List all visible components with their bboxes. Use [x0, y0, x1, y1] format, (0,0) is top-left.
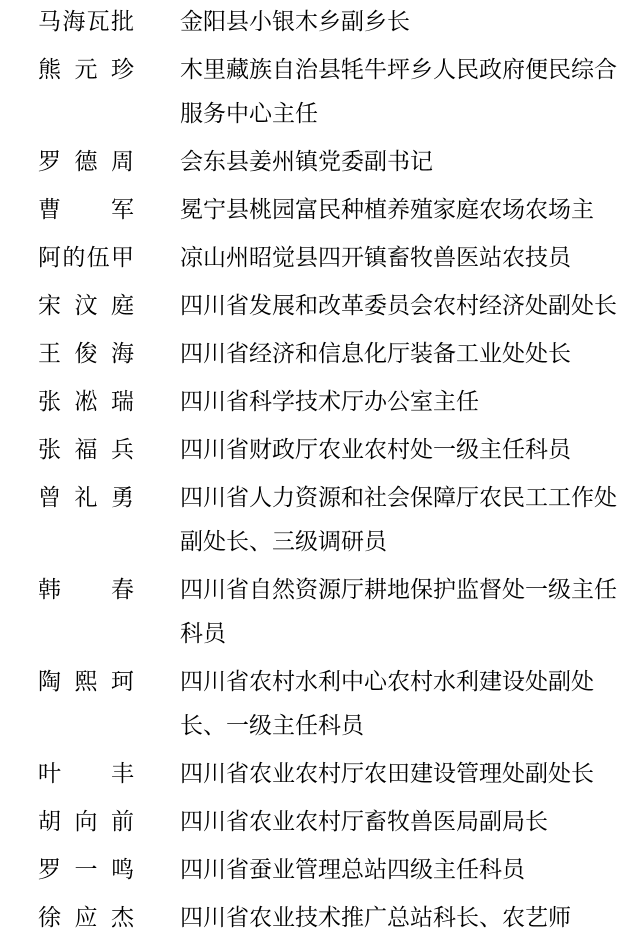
- person-position: 四川省农业农村厅畜牧兽医局副局长: [180, 800, 625, 844]
- list-item: 叶 丰 四川省农业农村厅农田建设管理处副处长: [0, 752, 640, 796]
- list-item: 熊元珍 木里藏族自治县牦牛坪乡人民政府便民综合服务中心主任: [0, 48, 640, 136]
- person-name: 曾礼勇: [38, 476, 134, 520]
- person-position: 四川省自然资源厅耕地保护监督处一级主任科员: [180, 568, 625, 656]
- person-position: 四川省农业农村厅农田建设管理处副处长: [180, 752, 625, 796]
- list-item: 胡向前 四川省农业农村厅畜牧兽医局副局长: [0, 800, 640, 844]
- person-name: 张凇瑞: [38, 380, 134, 424]
- person-name: 王俊海: [38, 332, 134, 376]
- person-position: 四川省经济和信息化厅装备工业处处长: [180, 332, 625, 376]
- list-item: 阿的伍甲 凉山州昭觉县四开镇畜牧兽医站农技员: [0, 236, 640, 280]
- person-position: 凉山州昭觉县四开镇畜牧兽医站农技员: [180, 236, 625, 280]
- list-item: 徐应杰 四川省农业技术推广总站科长、农艺师: [0, 896, 640, 940]
- person-position: 四川省蚕业管理总站四级主任科员: [180, 848, 625, 892]
- appointment-list: 马海瓦批 金阳县小银木乡副乡长 熊元珍 木里藏族自治县牦牛坪乡人民政府便民综合服…: [0, 0, 640, 940]
- list-item: 韩 春 四川省自然资源厅耕地保护监督处一级主任科员: [0, 568, 640, 656]
- list-item: 宋汶庭 四川省发展和改革委员会农村经济处副处长: [0, 284, 640, 328]
- person-name: 叶 丰: [38, 752, 134, 796]
- person-name: 熊元珍: [38, 48, 134, 92]
- person-name: 马海瓦批: [38, 0, 134, 44]
- document-page: 马海瓦批 金阳县小银木乡副乡长 熊元珍 木里藏族自治县牦牛坪乡人民政府便民综合服…: [0, 0, 640, 940]
- list-item: 曹 军 冕宁县桃园富民种植养殖家庭农场农场主: [0, 188, 640, 232]
- list-item: 马海瓦批 金阳县小银木乡副乡长: [0, 0, 640, 44]
- person-position: 四川省科学技术厅办公室主任: [180, 380, 625, 424]
- person-position: 四川省发展和改革委员会农村经济处副处长: [180, 284, 625, 328]
- person-name: 张福兵: [38, 428, 134, 472]
- list-item: 罗一鸣 四川省蚕业管理总站四级主任科员: [0, 848, 640, 892]
- person-position: 四川省财政厅农业农村处一级主任科员: [180, 428, 625, 472]
- list-item: 曾礼勇 四川省人力资源和社会保障厅农民工工作处副处长、三级调研员: [0, 476, 640, 564]
- person-name: 罗德周: [38, 140, 134, 184]
- list-item: 张凇瑞 四川省科学技术厅办公室主任: [0, 380, 640, 424]
- person-position: 四川省农村水利中心农村水利建设处副处长、一级主任科员: [180, 660, 625, 748]
- list-item: 王俊海 四川省经济和信息化厅装备工业处处长: [0, 332, 640, 376]
- person-position: 四川省农业技术推广总站科长、农艺师: [180, 896, 625, 940]
- person-position: 木里藏族自治县牦牛坪乡人民政府便民综合服务中心主任: [180, 48, 625, 136]
- person-name: 徐应杰: [38, 896, 134, 940]
- person-name: 阿的伍甲: [38, 236, 134, 280]
- list-item: 罗德周 会东县姜州镇党委副书记: [0, 140, 640, 184]
- person-name: 陶熙珂: [38, 660, 134, 704]
- person-name: 韩 春: [38, 568, 134, 612]
- person-name: 胡向前: [38, 800, 134, 844]
- person-position: 冕宁县桃园富民种植养殖家庭农场农场主: [180, 188, 625, 232]
- person-position: 会东县姜州镇党委副书记: [180, 140, 625, 184]
- person-name: 罗一鸣: [38, 848, 134, 892]
- person-position: 金阳县小银木乡副乡长: [180, 0, 625, 44]
- person-name: 曹 军: [38, 188, 134, 232]
- list-item: 陶熙珂 四川省农村水利中心农村水利建设处副处长、一级主任科员: [0, 660, 640, 748]
- person-position: 四川省人力资源和社会保障厅农民工工作处副处长、三级调研员: [180, 476, 625, 564]
- person-name: 宋汶庭: [38, 284, 134, 328]
- list-item: 张福兵 四川省财政厅农业农村处一级主任科员: [0, 428, 640, 472]
